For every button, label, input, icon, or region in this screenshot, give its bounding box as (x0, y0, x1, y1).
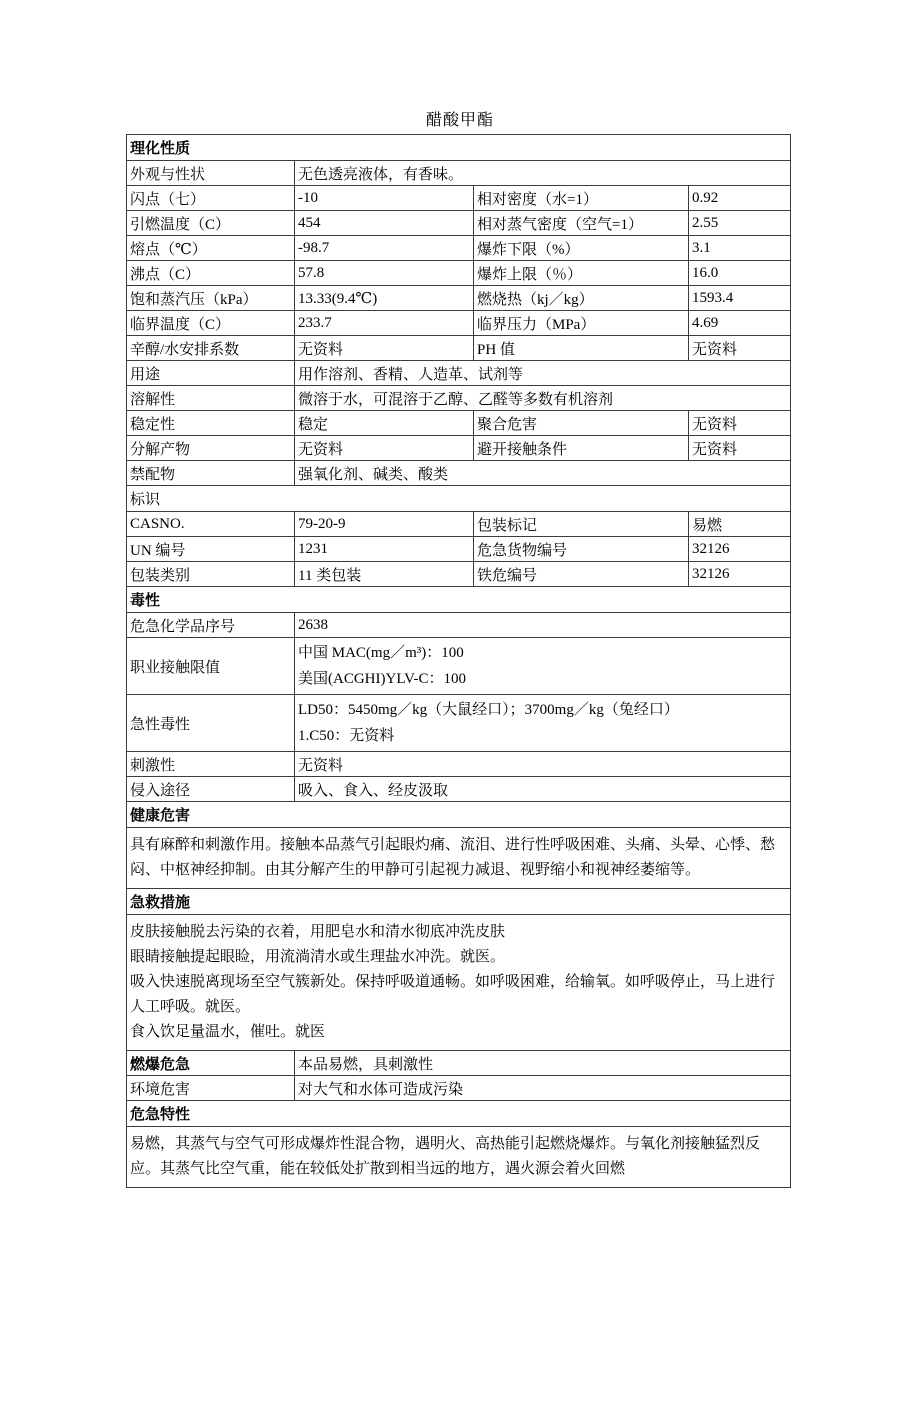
field-label: CASNO. (127, 512, 295, 537)
field-value: 2.55 (689, 211, 791, 236)
table-row: 禁配物 强氧化剂、碱类、酸类 (127, 461, 791, 486)
field-value: 0.92 (689, 186, 791, 211)
field-value: 4.69 (689, 311, 791, 336)
field-value: 稳定 (295, 411, 474, 436)
section-header: 急救措施 (127, 889, 791, 915)
field-value: 用作溶剂、香精、人造革、试剂等 (295, 361, 791, 386)
field-label: 溶解性 (127, 386, 295, 411)
field-value: 233.7 (295, 311, 474, 336)
field-label: 包装类别 (127, 562, 295, 587)
field-label: 临界压力（MPa） (474, 311, 689, 336)
table-row: 危急化学品序号 2638 (127, 613, 791, 638)
field-value: 3.1 (689, 236, 791, 261)
table-row: 用途 用作溶剂、香精、人造革、试剂等 (127, 361, 791, 386)
field-value: 无资料 (295, 752, 791, 777)
field-label: 相对蒸气密度（空气=1） (474, 211, 689, 236)
paragraph: 易燃，其蒸气与空气可形成爆炸性混合物，遇明火、高热能引起燃烧爆炸。与氧化剂接触猛… (127, 1127, 791, 1188)
field-value: 易燃 (689, 512, 791, 537)
field-value: 对大气和水体可造成污染 (295, 1076, 791, 1101)
paragraph-line: 眼睛接触提起眼睑，用流淌清水或生理盐水冲洗。就医。 (130, 945, 787, 970)
field-value: 13.33(9.4℃) (295, 286, 474, 311)
field-value: -10 (295, 186, 474, 211)
field-value: 1231 (295, 537, 474, 562)
table-row: 理化性质 (127, 135, 791, 161)
table-row: 分解产物 无资料 避开接触条件 无资料 (127, 436, 791, 461)
document-page: 醋酸甲酯 理化性质 外观与性状 无色透亮液体，有香味。 闪点（七） -10 相对… (0, 111, 920, 1188)
field-value: 无资料 (295, 336, 474, 361)
table-row: CASNO. 79-20-9 包装标记 易燃 (127, 512, 791, 537)
field-value: -98.7 (295, 236, 474, 261)
msds-table: 理化性质 外观与性状 无色透亮液体，有香味。 闪点（七） -10 相对密度（水=… (126, 134, 791, 1188)
field-value-multiline: LD50：5450mg／kg（大鼠经口）；3700mg／kg（兔经口） 1.C5… (295, 695, 791, 752)
table-row: 易燃，其蒸气与空气可形成爆炸性混合物，遇明火、高热能引起燃烧爆炸。与氧化剂接触猛… (127, 1127, 791, 1188)
field-value: 吸入、食入、经皮汲取 (295, 777, 791, 802)
table-row: 闪点（七） -10 相对密度（水=1） 0.92 (127, 186, 791, 211)
table-row: 燃爆危急 本品易燃，具刺激性 (127, 1051, 791, 1076)
field-value: 微溶于水，可混溶于乙醇、乙醛等多数有机溶剂 (295, 386, 791, 411)
table-row: 包装类别 11 类包装 铁危编号 32126 (127, 562, 791, 587)
field-value: 32126 (689, 562, 791, 587)
field-label: 聚合危害 (474, 411, 689, 436)
paragraph-line: 皮肤接触脱去污染的衣着，用肥皂水和清水彻底冲洗皮肤 (130, 920, 787, 945)
field-label: 避开接触条件 (474, 436, 689, 461)
field-value: 强氧化剂、碱类、酸类 (295, 461, 791, 486)
field-value: 454 (295, 211, 474, 236)
table-row: 侵入途径 吸入、食入、经皮汲取 (127, 777, 791, 802)
field-label: 爆炸下限（%） (474, 236, 689, 261)
table-row: 标识 (127, 486, 791, 512)
field-value: 无资料 (689, 411, 791, 436)
paragraph-line: 食入饮足量温水，催吐。就医 (130, 1020, 787, 1045)
table-row: 溶解性 微溶于水，可混溶于乙醇、乙醛等多数有机溶剂 (127, 386, 791, 411)
field-label: 危急化学品序号 (127, 613, 295, 638)
field-label: 熔点（℃） (127, 236, 295, 261)
field-label: 刺激性 (127, 752, 295, 777)
field-value-multiline: 中国 MAC(mg／m³)：100 美国(ACGHI)YLV-C：100 (295, 638, 791, 695)
table-row: 辛醇/水安排系数 无资料 PH 值 无资料 (127, 336, 791, 361)
table-row: 临界温度（C） 233.7 临界压力（MPa） 4.69 (127, 311, 791, 336)
field-label: 外观与性状 (127, 161, 295, 186)
field-label: 临界温度（C） (127, 311, 295, 336)
table-row: 皮肤接触脱去污染的衣着，用肥皂水和清水彻底冲洗皮肤 眼睛接触提起眼睑，用流淌清水… (127, 915, 791, 1051)
table-row: 外观与性状 无色透亮液体，有香味。 (127, 161, 791, 186)
field-label: 稳定性 (127, 411, 295, 436)
field-value: 无资料 (689, 436, 791, 461)
field-value: 无资料 (689, 336, 791, 361)
table-row: 引燃温度（C） 454 相对蒸气密度（空气=1） 2.55 (127, 211, 791, 236)
table-row: 刺激性 无资料 (127, 752, 791, 777)
field-label: 侵入途径 (127, 777, 295, 802)
field-label: 包装标记 (474, 512, 689, 537)
field-value: 57.8 (295, 261, 474, 286)
field-value: 无色透亮液体，有香味。 (295, 161, 791, 186)
field-value: 11 类包装 (295, 562, 474, 587)
section-header: 危急特性 (127, 1101, 791, 1127)
value-line: 中国 MAC(mg／m³)：100 (298, 640, 787, 666)
section-header: 标识 (127, 486, 791, 512)
table-row: 危急特性 (127, 1101, 791, 1127)
section-header: 毒性 (127, 587, 791, 613)
field-label: 相对密度（水=1） (474, 186, 689, 211)
field-label: 铁危编号 (474, 562, 689, 587)
value-line: 1.C50：无资料 (298, 723, 787, 749)
table-row: 环境危害 对大气和水体可造成污染 (127, 1076, 791, 1101)
field-label: 燃爆危急 (127, 1051, 295, 1076)
table-row: 急性毒性 LD50：5450mg／kg（大鼠经口）；3700mg／kg（兔经口）… (127, 695, 791, 752)
page-title: 醋酸甲酯 (128, 111, 792, 131)
field-value: 16.0 (689, 261, 791, 286)
field-label: 辛醇/水安排系数 (127, 336, 295, 361)
table-row: 急救措施 (127, 889, 791, 915)
field-label: 分解产物 (127, 436, 295, 461)
table-row: 饱和蒸汽压（kPa） 13.33(9.4℃) 燃烧热（kj／kg） 1593.4 (127, 286, 791, 311)
field-label: 爆炸上限（％） (474, 261, 689, 286)
field-label: 燃烧热（kj／kg） (474, 286, 689, 311)
field-label: 用途 (127, 361, 295, 386)
field-value: 1593.4 (689, 286, 791, 311)
field-label: 职业接触限值 (127, 638, 295, 695)
table-row: 熔点（℃） -98.7 爆炸下限（%） 3.1 (127, 236, 791, 261)
field-label: 危急货物编号 (474, 537, 689, 562)
table-row: 职业接触限值 中国 MAC(mg／m³)：100 美国(ACGHI)YLV-C：… (127, 638, 791, 695)
field-value: 无资料 (295, 436, 474, 461)
table-row: 具有麻醉和刺激作用。接触本品蒸气引起眼灼痛、流泪、进行性呼吸困难、头痛、头晕、心… (127, 828, 791, 889)
table-row: 健康危害 (127, 802, 791, 828)
field-value: 本品易燃，具刺激性 (295, 1051, 791, 1076)
field-label: 禁配物 (127, 461, 295, 486)
table-row: 毒性 (127, 587, 791, 613)
field-label: 环境危害 (127, 1076, 295, 1101)
section-header: 健康危害 (127, 802, 791, 828)
field-value: 2638 (295, 613, 791, 638)
table-row: 稳定性 稳定 聚合危害 无资料 (127, 411, 791, 436)
field-value: 32126 (689, 537, 791, 562)
paragraph: 皮肤接触脱去污染的衣着，用肥皂水和清水彻底冲洗皮肤 眼睛接触提起眼睑，用流淌清水… (127, 915, 791, 1051)
paragraph: 具有麻醉和刺激作用。接触本品蒸气引起眼灼痛、流泪、进行性呼吸困难、头痛、头晕、心… (127, 828, 791, 889)
field-label: 急性毒性 (127, 695, 295, 752)
section-header: 理化性质 (127, 135, 791, 161)
table-row: UN 编号 1231 危急货物编号 32126 (127, 537, 791, 562)
field-label: PH 值 (474, 336, 689, 361)
value-line: LD50：5450mg／kg（大鼠经口）；3700mg／kg（兔经口） (298, 697, 787, 723)
field-label: 饱和蒸汽压（kPa） (127, 286, 295, 311)
field-label: 沸点（C） (127, 261, 295, 286)
paragraph-line: 吸入快速脱离现场至空气簇新处。保持呼吸道通畅。如呼吸困难，给输氧。如呼吸停止，马… (130, 970, 787, 1020)
field-label: UN 编号 (127, 537, 295, 562)
value-line: 美国(ACGHI)YLV-C：100 (298, 666, 787, 692)
field-label: 引燃温度（C） (127, 211, 295, 236)
field-value: 79-20-9 (295, 512, 474, 537)
table-row: 沸点（C） 57.8 爆炸上限（％） 16.0 (127, 261, 791, 286)
field-label: 闪点（七） (127, 186, 295, 211)
